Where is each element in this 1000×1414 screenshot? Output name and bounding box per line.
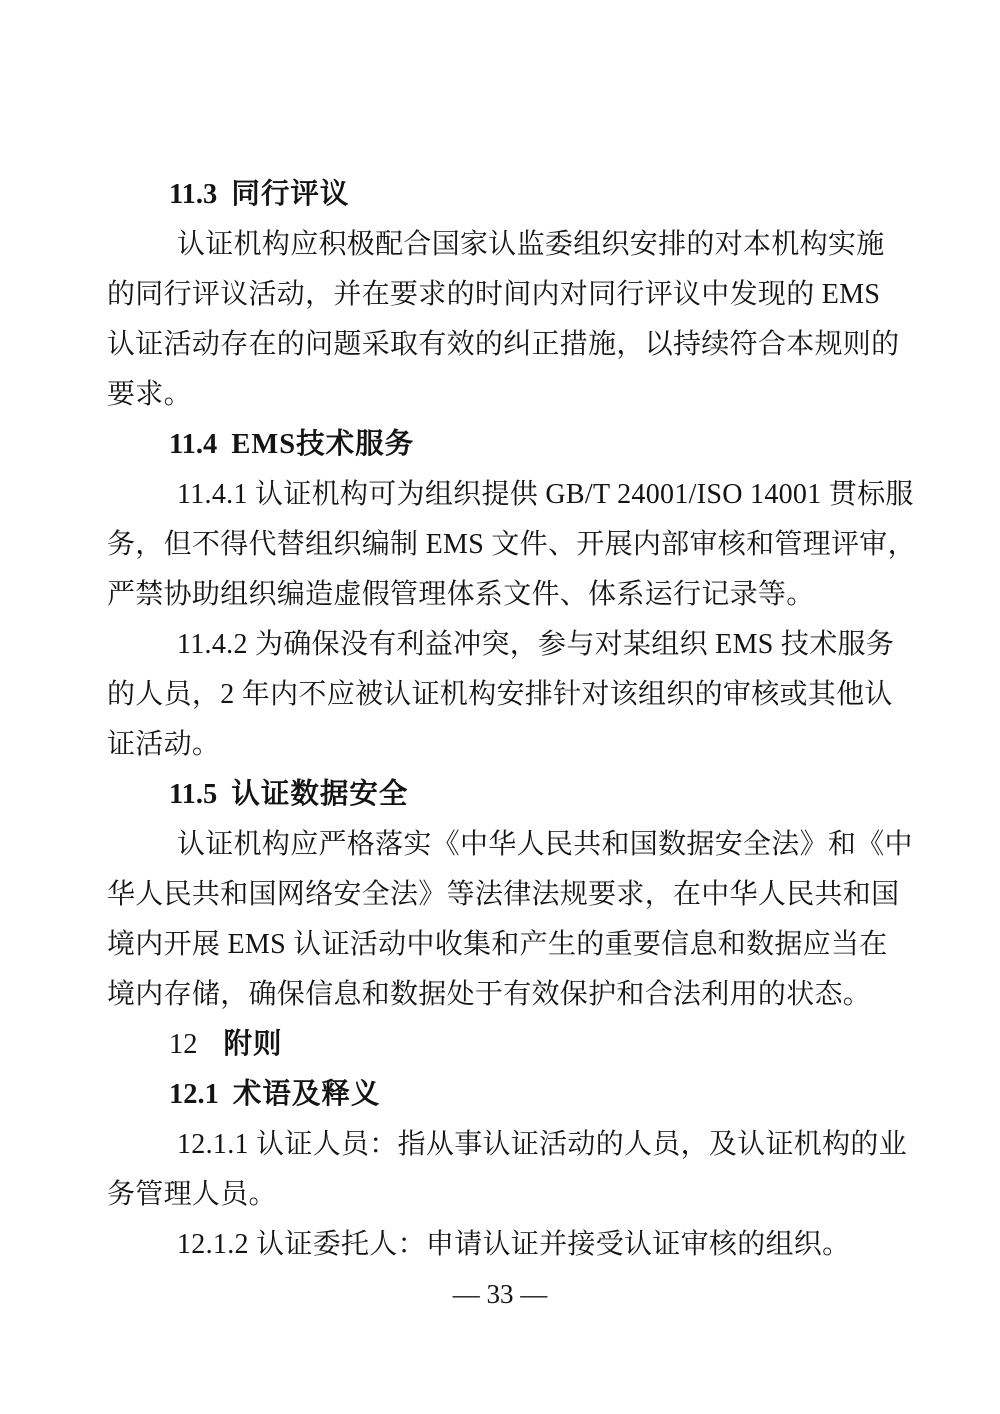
text-line: 的同行评议活动，并在要求的时间内对同行评议中发现的 EMS [107, 270, 879, 320]
text-line: 务管理人员。 [107, 1170, 879, 1220]
para-12-1-2: 12.1.2 认证委托人：申请认证并接受认证审核的组织。 [107, 1220, 879, 1270]
heading-title: 认证数据安全 [231, 779, 408, 810]
heading-title: EMS技术服务 [231, 429, 414, 460]
text-line: 严禁协助组织编造虚假管理体系文件、体系运行记录等。 [107, 570, 879, 620]
text-line: 认证机构应积极配合国家认监委组织安排的对本机构实施 [107, 220, 879, 270]
text-line: 11.4.2 为确保没有利益冲突，参与对某组织 EMS 技术服务 [107, 620, 879, 670]
heading-number: 11.3 [169, 179, 217, 210]
text-line: 12.1.1 认证人员：指从事认证活动的人员，及认证机构的业 [107, 1120, 879, 1170]
para-11-3: 认证机构应积极配合国家认监委组织安排的对本机构实施的同行评议活动，并在要求的时间… [107, 220, 879, 420]
heading-12-1: 12.1术语及释义 [107, 1070, 879, 1120]
document-page: 11.3同行评议认证机构应积极配合国家认监委组织安排的对本机构实施的同行评议活动… [0, 0, 1000, 1414]
text-line: 11.4.1 认证机构可为组织提供 GB/T 24001/ISO 14001 贯… [107, 470, 879, 520]
heading-11-4: 11.4EMS技术服务 [107, 420, 879, 470]
heading-number: 12 [169, 1029, 198, 1060]
text-line: 要求。 [107, 370, 879, 420]
text-line: 12.1.2 认证委托人：申请认证并接受认证审核的组织。 [107, 1220, 879, 1270]
para-11-5: 认证机构应严格落实《中华人民共和国数据安全法》和《中华人民共和国网络安全法》等法… [107, 820, 879, 1020]
heading-12: 12附则 [107, 1020, 879, 1070]
heading-title: 同行评议 [231, 179, 349, 210]
text-line: 的人员，2 年内不应被认证机构安排针对该组织的审核或其他认 [107, 670, 879, 720]
heading-number: 11.5 [169, 779, 217, 810]
text-line: 境内开展 EMS 认证活动中收集和产生的重要信息和数据应当在 [107, 920, 879, 970]
document-body: 11.3同行评议认证机构应积极配合国家认监委组织安排的对本机构实施的同行评议活动… [107, 170, 879, 1270]
text-line: 认证机构应严格落实《中华人民共和国数据安全法》和《中 [107, 820, 879, 870]
text-line: 务，但不得代替组织编制 EMS 文件、开展内部审核和管理评审， [107, 520, 879, 570]
heading-title: 术语及释义 [233, 1079, 381, 1110]
text-line: 认证活动存在的问题采取有效的纠正措施，以持续符合本规则的 [107, 320, 879, 370]
para-12-1-1: 12.1.1 认证人员：指从事认证活动的人员，及认证机构的业务管理人员。 [107, 1120, 879, 1220]
para-11-4-1: 11.4.1 认证机构可为组织提供 GB/T 24001/ISO 14001 贯… [107, 470, 879, 620]
para-11-4-2: 11.4.2 为确保没有利益冲突，参与对某组织 EMS 技术服务的人员，2 年内… [107, 620, 879, 770]
text-line: 证活动。 [107, 720, 879, 770]
heading-11-5: 11.5认证数据安全 [107, 770, 879, 820]
heading-title: 附则 [224, 1029, 283, 1060]
heading-number: 11.4 [169, 429, 217, 460]
heading-number: 12.1 [169, 1079, 219, 1110]
text-line: 境内存储，确保信息和数据处于有效保护和合法利用的状态。 [107, 970, 879, 1020]
text-line: 华人民共和国网络安全法》等法律法规要求，在中华人民共和国 [107, 870, 879, 920]
page-number: — 33 — [0, 1271, 1000, 1317]
heading-11-3: 11.3同行评议 [107, 170, 879, 220]
